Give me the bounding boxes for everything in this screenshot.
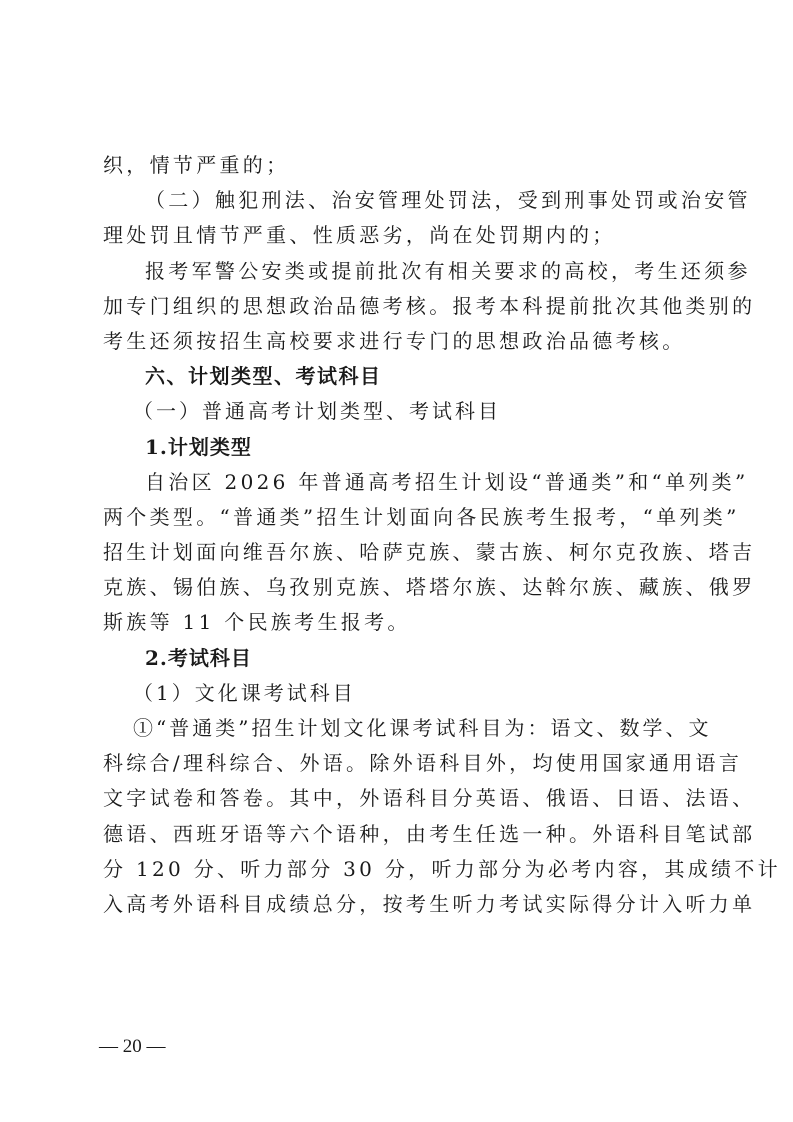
text-line: 克族、锡伯族、乌孜别克族、塔塔尔族、达斡尔族、藏族、俄罗: [103, 570, 695, 605]
text-line: （二）触犯刑法、治安管理处罚法，受到刑事处罚或治安管: [103, 183, 695, 218]
section-heading: 六、计划类型、考试科目: [103, 359, 695, 394]
sub-subsection-heading: 1.计划类型: [103, 430, 695, 465]
sub-subsection-heading: 2.考试科目: [103, 641, 695, 676]
text-line: 织，情节严重的；: [103, 148, 695, 183]
text-line: 两个类型。“普通类”招生计划面向各民族考生报考，“单列类”: [103, 500, 695, 535]
text-line: 分 120 分、听力部分 30 分，听力部分为必考内容，其成绩不计: [103, 852, 695, 887]
text-line: 入高考外语科目成绩总分，按考生听力考试实际得分计入听力单: [103, 887, 695, 922]
subsection-heading: （一）普通高考计划类型、考试科目: [103, 394, 695, 429]
text-line: 自治区 2026 年普通高考招生计划设“普通类”和“单列类”: [103, 465, 695, 500]
text-line: 斯族等 11 个民族考生报考。: [103, 605, 695, 640]
text-line: ①“普通类”招生计划文化课考试科目为：语文、数学、文: [103, 711, 695, 746]
item-heading: （1）文化课考试科目: [103, 676, 695, 711]
text-line: 加专门组织的思想政治品德考核。报考本科提前批次其他类别的: [103, 289, 695, 324]
document-body: 织，情节严重的； （二）触犯刑法、治安管理处罚法，受到刑事处罚或治安管 理处罚且…: [103, 148, 695, 922]
text-line: 考生还须按招生高校要求进行专门的思想政治品德考核。: [103, 324, 695, 359]
text-line: 报考军警公安类或提前批次有相关要求的高校，考生还须参: [103, 254, 695, 289]
text-line: 文字试卷和答卷。其中，外语科目分英语、俄语、日语、法语、: [103, 781, 695, 816]
text-line: 科综合/理科综合、外语。除外语科目外，均使用国家通用语言: [103, 746, 695, 781]
page-number: — 20 —: [99, 1036, 166, 1058]
text-line: 招生计划面向维吾尔族、哈萨克族、蒙古族、柯尔克孜族、塔吉: [103, 535, 695, 570]
text-line: 理处罚且情节严重、性质恶劣，尚在处罚期内的；: [103, 218, 695, 253]
text-line: 德语、西班牙语等六个语种，由考生任选一种。外语科目笔试部: [103, 817, 695, 852]
